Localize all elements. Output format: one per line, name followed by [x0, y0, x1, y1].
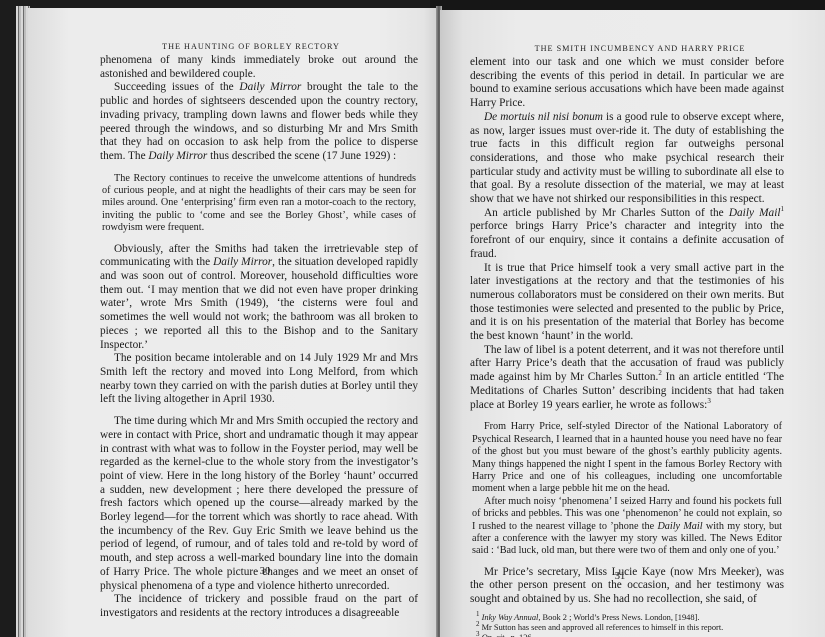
footnote-ref: 3 [707, 397, 711, 405]
footnote: 2 Mr Sutton has seen and approved all re… [476, 623, 784, 633]
right-page-body: element into our task and one which we m… [470, 56, 784, 637]
paragraph: De mortuis nil nisi bonum is a good rule… [470, 111, 784, 207]
footnote-ref: 1 [781, 205, 785, 213]
paragraph: An article published by Mr Charles Sutto… [470, 207, 784, 262]
left-page-body: phenomena of many kinds immediately brok… [100, 54, 418, 621]
footnotes: 1 Inky Way Annual, Book 2 ; World’s Pres… [470, 613, 784, 637]
paragraph: Succeeding issues of the Daily Mirror br… [100, 81, 418, 163]
paragraph: The incidence of trickery and possible f… [100, 593, 418, 620]
block-quote: From Harry Price, self-styled Director o… [472, 421, 782, 557]
right-running-head: THE SMITH INCUMBENCY AND HARRY PRICE [480, 44, 800, 53]
paragraph: Obviously, after the Smiths had taken th… [100, 243, 418, 353]
right-page-number: 31 [605, 571, 635, 582]
footnote: 1 Inky Way Annual, Book 2 ; World’s Pres… [476, 613, 784, 623]
paragraph: phenomena of many kinds immediately brok… [100, 54, 418, 81]
paragraph: element into our task and one which we m… [470, 56, 784, 111]
left-running-head: THE HAUNTING OF BORLEY RECTORY [86, 42, 416, 51]
left-page-number: 30 [250, 566, 280, 577]
footnote: 3 Op. cit., p. 126. [476, 633, 784, 637]
block-quote: The Rectory continues to receive the unw… [102, 173, 416, 235]
paragraph: The position became intolerable and on 1… [100, 352, 418, 407]
paragraph: The law of libel is a potent deterrent, … [470, 344, 784, 413]
paragraph: It is true that Price himself took a ver… [470, 262, 784, 344]
